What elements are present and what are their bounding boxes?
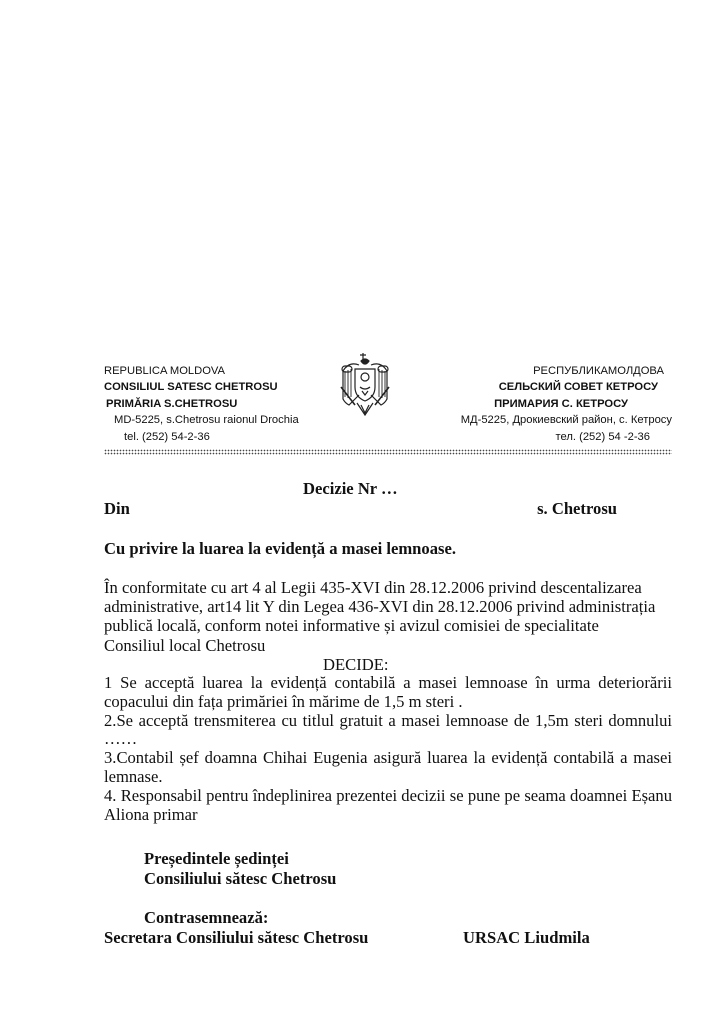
decision-item: 1 Se acceptă luarea la evidență contabil… xyxy=(104,674,672,712)
decision-title: Decizie Nr … xyxy=(303,479,398,499)
countersign-label: Contrasemnează: xyxy=(144,908,268,928)
president-council: Consiliului sătesc Chetrosu xyxy=(144,869,336,889)
header-phone-ru: тел. (252) 54 -2-36 xyxy=(461,429,672,445)
decision-item: 3.Contabil șef doamna Chihai Eugenia asi… xyxy=(104,749,672,787)
header-mayoralty: PRIMĂRIA S.CHETROSU xyxy=(104,396,299,412)
preamble: În conformitate cu art 4 al Legii 435-XV… xyxy=(104,578,664,655)
president-signature-block: Președintele ședinței Consiliului sătesc… xyxy=(144,849,336,889)
decision-item: 4. Responsabil pentru îndeplinirea preze… xyxy=(104,787,672,825)
header-right-russian: РЕСПУБЛИКАМОЛДОВА СЕЛЬСКИЙ СОВЕТ КЕТРОСУ… xyxy=(461,363,672,445)
header-council-ru: СЕЛЬСКИЙ СОВЕТ КЕТРОСУ xyxy=(461,379,672,395)
header-phone: tel. (252) 54-2-36 xyxy=(104,429,299,445)
decision-item: 2.Se acceptă trensmiterea cu titlul grat… xyxy=(104,712,672,750)
decide-heading: DECIDE: xyxy=(323,655,388,675)
header-address-ru: МД-5225, Дрокиевский район, с. Кетросу xyxy=(461,412,672,428)
secretary-title: Secretara Consiliului sătesc Chetrosu xyxy=(104,928,368,948)
decision-items: 1 Se acceptă luarea la evidență contabil… xyxy=(104,674,672,824)
date-label: Din xyxy=(104,499,130,519)
decision-subject: Cu privire la luarea la evidență a masei… xyxy=(104,539,456,559)
preamble-line: Consiliul local Chetrosu xyxy=(104,636,664,655)
document-page: REPUBLICA MOLDOVA CONSILIUL SATESC CHETR… xyxy=(0,0,724,1024)
header-country: REPUBLICA MOLDOVA xyxy=(104,363,299,379)
president-title: Președintele ședinței xyxy=(144,849,336,869)
dotted-separator xyxy=(104,449,672,455)
secretary-name: URSAC Liudmila xyxy=(463,928,590,948)
header-council: CONSILIUL SATESC CHETROSU xyxy=(104,379,299,395)
preamble-line: administrative, art14 lit Y din Legea 43… xyxy=(104,597,664,616)
header-address: MD-5225, s.Chetrosu raionul Drochia xyxy=(104,412,299,428)
place-label: s. Chetrosu xyxy=(537,499,617,519)
coat-of-arms-icon xyxy=(333,349,397,423)
header-mayoralty-ru: ПРИМАРИЯ С. КЕТРОСУ xyxy=(461,396,672,412)
preamble-line: publică locală, conform notei informativ… xyxy=(104,616,664,635)
preamble-line: În conformitate cu art 4 al Legii 435-XV… xyxy=(104,578,664,597)
header-left-romanian: REPUBLICA MOLDOVA CONSILIUL SATESC CHETR… xyxy=(104,363,299,445)
header-country-ru: РЕСПУБЛИКАМОЛДОВА xyxy=(461,363,672,379)
